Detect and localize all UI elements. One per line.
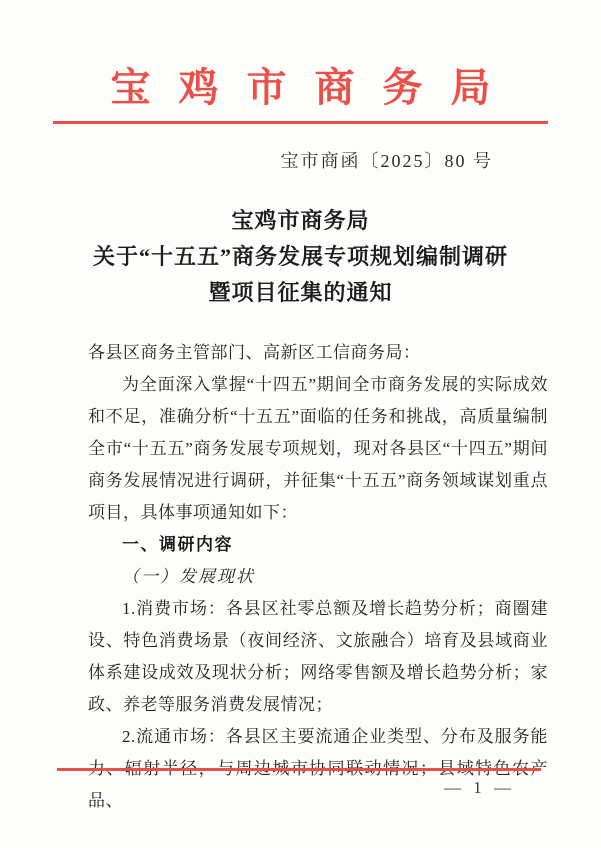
header-rule <box>53 121 548 124</box>
document-body: 各县区商务主管部门、高新区工信商务局： 为全面深入掌握“十四五”期间全市商务发展… <box>88 337 548 817</box>
document-title: 宝鸡市商务局 关于“十五五”商务发展专项规划编制调研 暨项目征集的通知 <box>0 203 601 311</box>
doc-number: 宝市商函〔2025〕80 号 <box>0 147 601 173</box>
footer-rule <box>57 768 541 771</box>
agency-name: 宝鸡市商务局 <box>0 0 601 113</box>
title-line-3: 暨项目征集的通知 <box>0 275 601 311</box>
salutation: 各县区商务主管部门、高新区工信商务局： <box>88 337 548 369</box>
item-paragraph-1: 1.消费市场：各县区社零总额及增长趋势分析；商圈建设、特色消费场景（夜间经济、文… <box>88 593 548 721</box>
document-page: 宝鸡市商务局 宝市商函〔2025〕80 号 宝鸡市商务局 关于“十五五”商务发展… <box>0 0 601 848</box>
title-line-1: 宝鸡市商务局 <box>0 203 601 239</box>
section-heading: 一、调研内容 <box>88 529 548 561</box>
subsection-heading: （一）发展现状 <box>88 561 548 593</box>
intro-paragraph: 为全面深入掌握“十四五”期间全市商务发展的实际成效和不足，准确分析“十五五”面临… <box>88 369 548 529</box>
page-number: — 1 — <box>0 778 601 798</box>
letterhead: 宝鸡市商务局 宝市商函〔2025〕80 号 <box>0 0 601 173</box>
page-footer: — 1 — <box>0 768 601 798</box>
title-line-2: 关于“十五五”商务发展专项规划编制调研 <box>0 239 601 275</box>
